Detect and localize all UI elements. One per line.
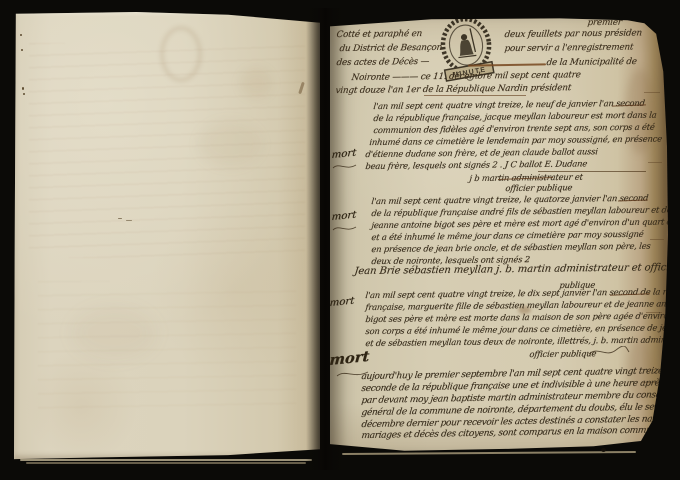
- margin-note-mort: mort: [331, 209, 356, 222]
- entry-line: d'étienne dudane son frère, et de jean c…: [365, 146, 598, 159]
- margin-flourish: [332, 224, 358, 234]
- entry-line: et a été inhumé le même jour dans ce cim…: [371, 229, 644, 242]
- sheet-stack-edge: [342, 451, 636, 455]
- ink-speck: [23, 93, 25, 95]
- header-line: de la Municipalité de: [546, 57, 637, 68]
- bleedthrough-texture: [38, 281, 295, 415]
- margin-note-mort: mort: [329, 348, 370, 369]
- margin-note-mort: mort: [331, 147, 356, 160]
- right-page: MINUTE premier Cotté et paraphé en du Di…: [330, 14, 668, 456]
- entry-line: beau frère, lesquels ont signés 2 . J C …: [365, 158, 588, 171]
- entry-line: l'an mil sept cent quatre vingt treize, …: [373, 98, 645, 111]
- header-line: deux feuillets par nous présiden: [504, 28, 642, 40]
- manuscript-scan: MINUTE premier Cotté et paraphé en du Di…: [0, 0, 680, 480]
- entry-line: inhumé dans ce cimetière le lendemain pa…: [369, 133, 663, 147]
- paper-stain: [72, 307, 156, 359]
- sheet-stack-edge: [20, 459, 312, 461]
- entry-line: communion des fidèles agé d'environ tren…: [373, 122, 655, 135]
- entry-line: l'an mil sept cent quatre vingt treize, …: [371, 193, 649, 206]
- edge-fleck: [601, 448, 606, 452]
- paper-stain: [240, 68, 272, 98]
- margin-note-mort: mort: [329, 295, 354, 308]
- brown-rule: [468, 63, 546, 67]
- entry-line: officier publique: [529, 348, 597, 359]
- edge-crease: [648, 162, 662, 163]
- ink-speck: [21, 49, 23, 51]
- header-line: Noironte ——— ce 11. décembre mil sept ce…: [351, 70, 581, 83]
- margin-flourish: [332, 162, 358, 172]
- paper-stain: [199, 122, 261, 166]
- entry-line: en présence de jean brie oncle, et de sé…: [371, 241, 651, 254]
- entry-line: de la république française, jacque meyll…: [373, 110, 657, 123]
- header-line: du District de Besançon: [339, 43, 443, 54]
- entry-line: officier publique: [505, 182, 573, 193]
- stamp-showthrough: [160, 26, 202, 82]
- header-line: des actes de Décès —: [336, 57, 430, 68]
- ink-speck: [22, 87, 24, 90]
- page-number-label: premier: [587, 18, 622, 28]
- header-line: pour servir a l'enregistrement: [504, 42, 634, 54]
- edge-crease: [650, 239, 664, 240]
- signature-flourish: [588, 346, 630, 358]
- ink-speck: [20, 34, 22, 36]
- header-line: Cotté et paraphé en: [336, 29, 423, 40]
- left-page: [14, 12, 320, 460]
- brown-underline: [424, 95, 526, 96]
- sheet-stack-edge: [26, 462, 306, 464]
